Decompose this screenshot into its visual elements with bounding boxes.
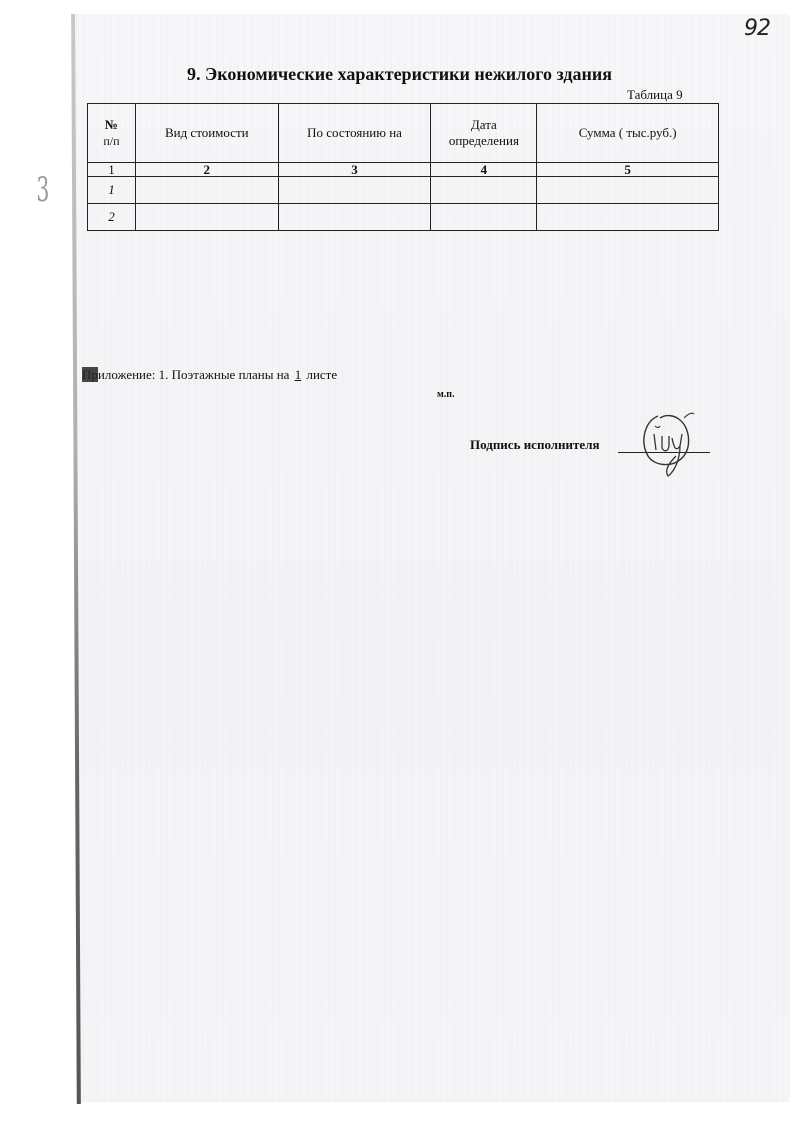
economic-characteristics-table: № п/п Вид стоимости По состоянию на Дата… <box>87 103 719 231</box>
header-value-type: Вид стоимости <box>135 104 278 163</box>
column-number: 2 <box>135 163 278 177</box>
table-row: 2 <box>88 204 719 231</box>
cell-determination-date <box>431 177 537 204</box>
appendix-text: иложение: 1. Поэтажные планы на <box>98 367 293 382</box>
cell-sum <box>537 177 719 204</box>
table-row: 1 <box>88 177 719 204</box>
cell-value-type <box>135 177 278 204</box>
cell-determination-date <box>431 204 537 231</box>
handwritten-signature-icon <box>636 408 700 480</box>
header-row-number-line1: № <box>88 117 135 133</box>
signature-label: Подпись исполнителя <box>470 437 600 453</box>
appendix-text-suffix: листе <box>303 367 337 382</box>
column-number: 5 <box>537 163 719 177</box>
column-number: 4 <box>431 163 537 177</box>
header-determination-date-line1: Дата <box>431 117 536 133</box>
cell-as-of <box>278 177 431 204</box>
handwritten-page-number: 92 <box>744 16 770 41</box>
table-caption: Таблица 9 <box>627 87 683 103</box>
margin-handwritten-mark: 3 <box>36 170 49 210</box>
appendix-sheet-count: 1 <box>293 367 304 382</box>
row-number: 2 <box>88 204 136 231</box>
table-header-row: № п/п Вид стоимости По состоянию на Дата… <box>88 104 719 163</box>
row-number: 1 <box>88 177 136 204</box>
column-number: 1 <box>88 163 136 177</box>
column-number: 3 <box>278 163 431 177</box>
cell-sum <box>537 204 719 231</box>
header-determination-date: Дата определения <box>431 104 537 163</box>
appendix-note: Приложение: 1. Поэтажные планы на 1 лист… <box>82 367 337 383</box>
section-title: 9. Экономические характеристики нежилого… <box>187 64 612 85</box>
header-as-of: По состоянию на <box>278 104 431 163</box>
appendix-prefix-blot: Пр <box>82 367 98 382</box>
stamp-place-label: м.п. <box>437 389 455 400</box>
cell-as-of <box>278 204 431 231</box>
header-determination-date-line2: определения <box>431 133 536 149</box>
header-row-number-line2: п/п <box>88 133 135 149</box>
column-number-row: 1 2 3 4 5 <box>88 163 719 177</box>
cell-value-type <box>135 204 278 231</box>
header-sum: Сумма ( тыс.руб.) <box>537 104 719 163</box>
header-row-number: № п/п <box>88 104 136 163</box>
